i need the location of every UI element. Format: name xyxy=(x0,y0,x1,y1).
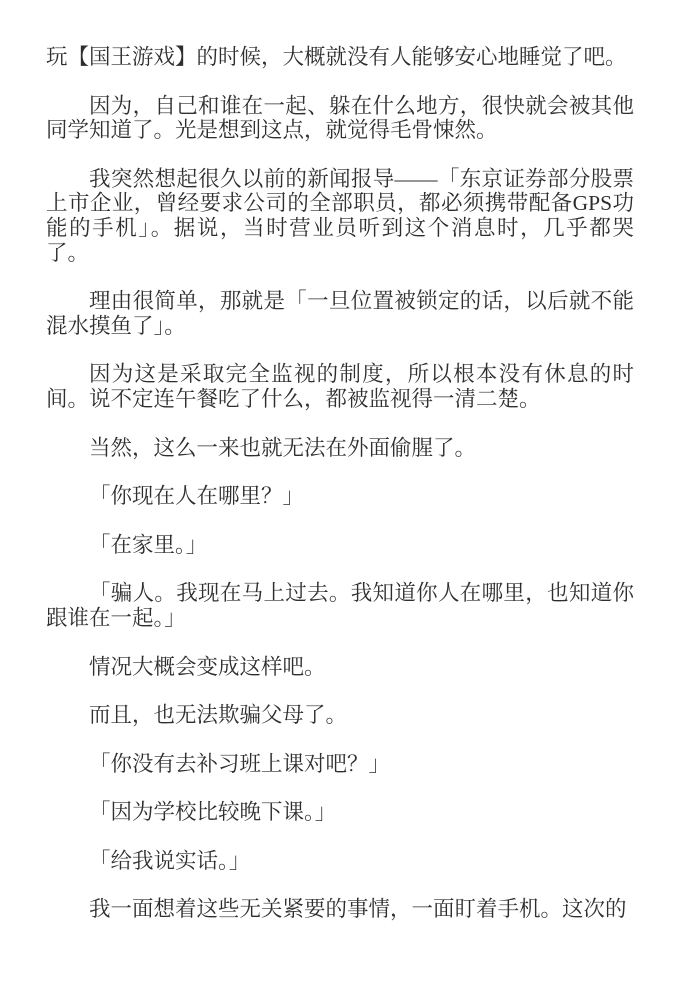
paragraph: 「你没有去补习班上课对吧？」 xyxy=(46,752,634,777)
paragraph: 「你现在人在哪里？」 xyxy=(46,484,634,509)
paragraph: 「给我说实话。」 xyxy=(46,849,634,874)
paragraph: 玩【国王游戏】的时候，大概就没有人能够安心地睡觉了吧。 xyxy=(46,45,634,70)
paragraph: 因为这是采取完全监视的制度，所以根本没有休息的时间。说不定连午餐吃了什么，都被监… xyxy=(46,362,634,411)
ebook-page: 玩【国王游戏】的时候，大概就没有人能够安心地睡觉了吧。因为，自己和谁在一起、躲在… xyxy=(0,0,700,992)
paragraph: 「因为学校比较晚下课。」 xyxy=(46,800,634,825)
paragraph: 因为，自己和谁在一起、躲在什么地方，很快就会被其他同学知道了。光是想到这点，就觉… xyxy=(46,94,634,143)
paragraph: 「骗人。我现在马上过去。我知道你人在哪里，也知道你跟谁在一起。」 xyxy=(46,581,634,630)
paragraph: 而且，也无法欺骗父母了。 xyxy=(46,703,634,728)
paragraph: 我一面想着这些无关紧要的事情，一面盯着手机。这次的 xyxy=(46,897,634,922)
paragraph: 「在家里。」 xyxy=(46,533,634,558)
text-column: 玩【国王游戏】的时候，大概就没有人能够安心地睡觉了吧。因为，自己和谁在一起、躲在… xyxy=(46,45,634,922)
paragraph: 我突然想起很久以前的新闻报导——「东京证券部分股票上市企业，曾经要求公司的全部职… xyxy=(46,167,634,265)
paragraph: 情况大概会变成这样吧。 xyxy=(46,655,634,680)
paragraph: 当然，这么一来也就无法在外面偷腥了。 xyxy=(46,436,634,461)
paragraph: 理由很简单，那就是「一旦位置被锁定的话，以后就不能混水摸鱼了」。 xyxy=(46,289,634,338)
